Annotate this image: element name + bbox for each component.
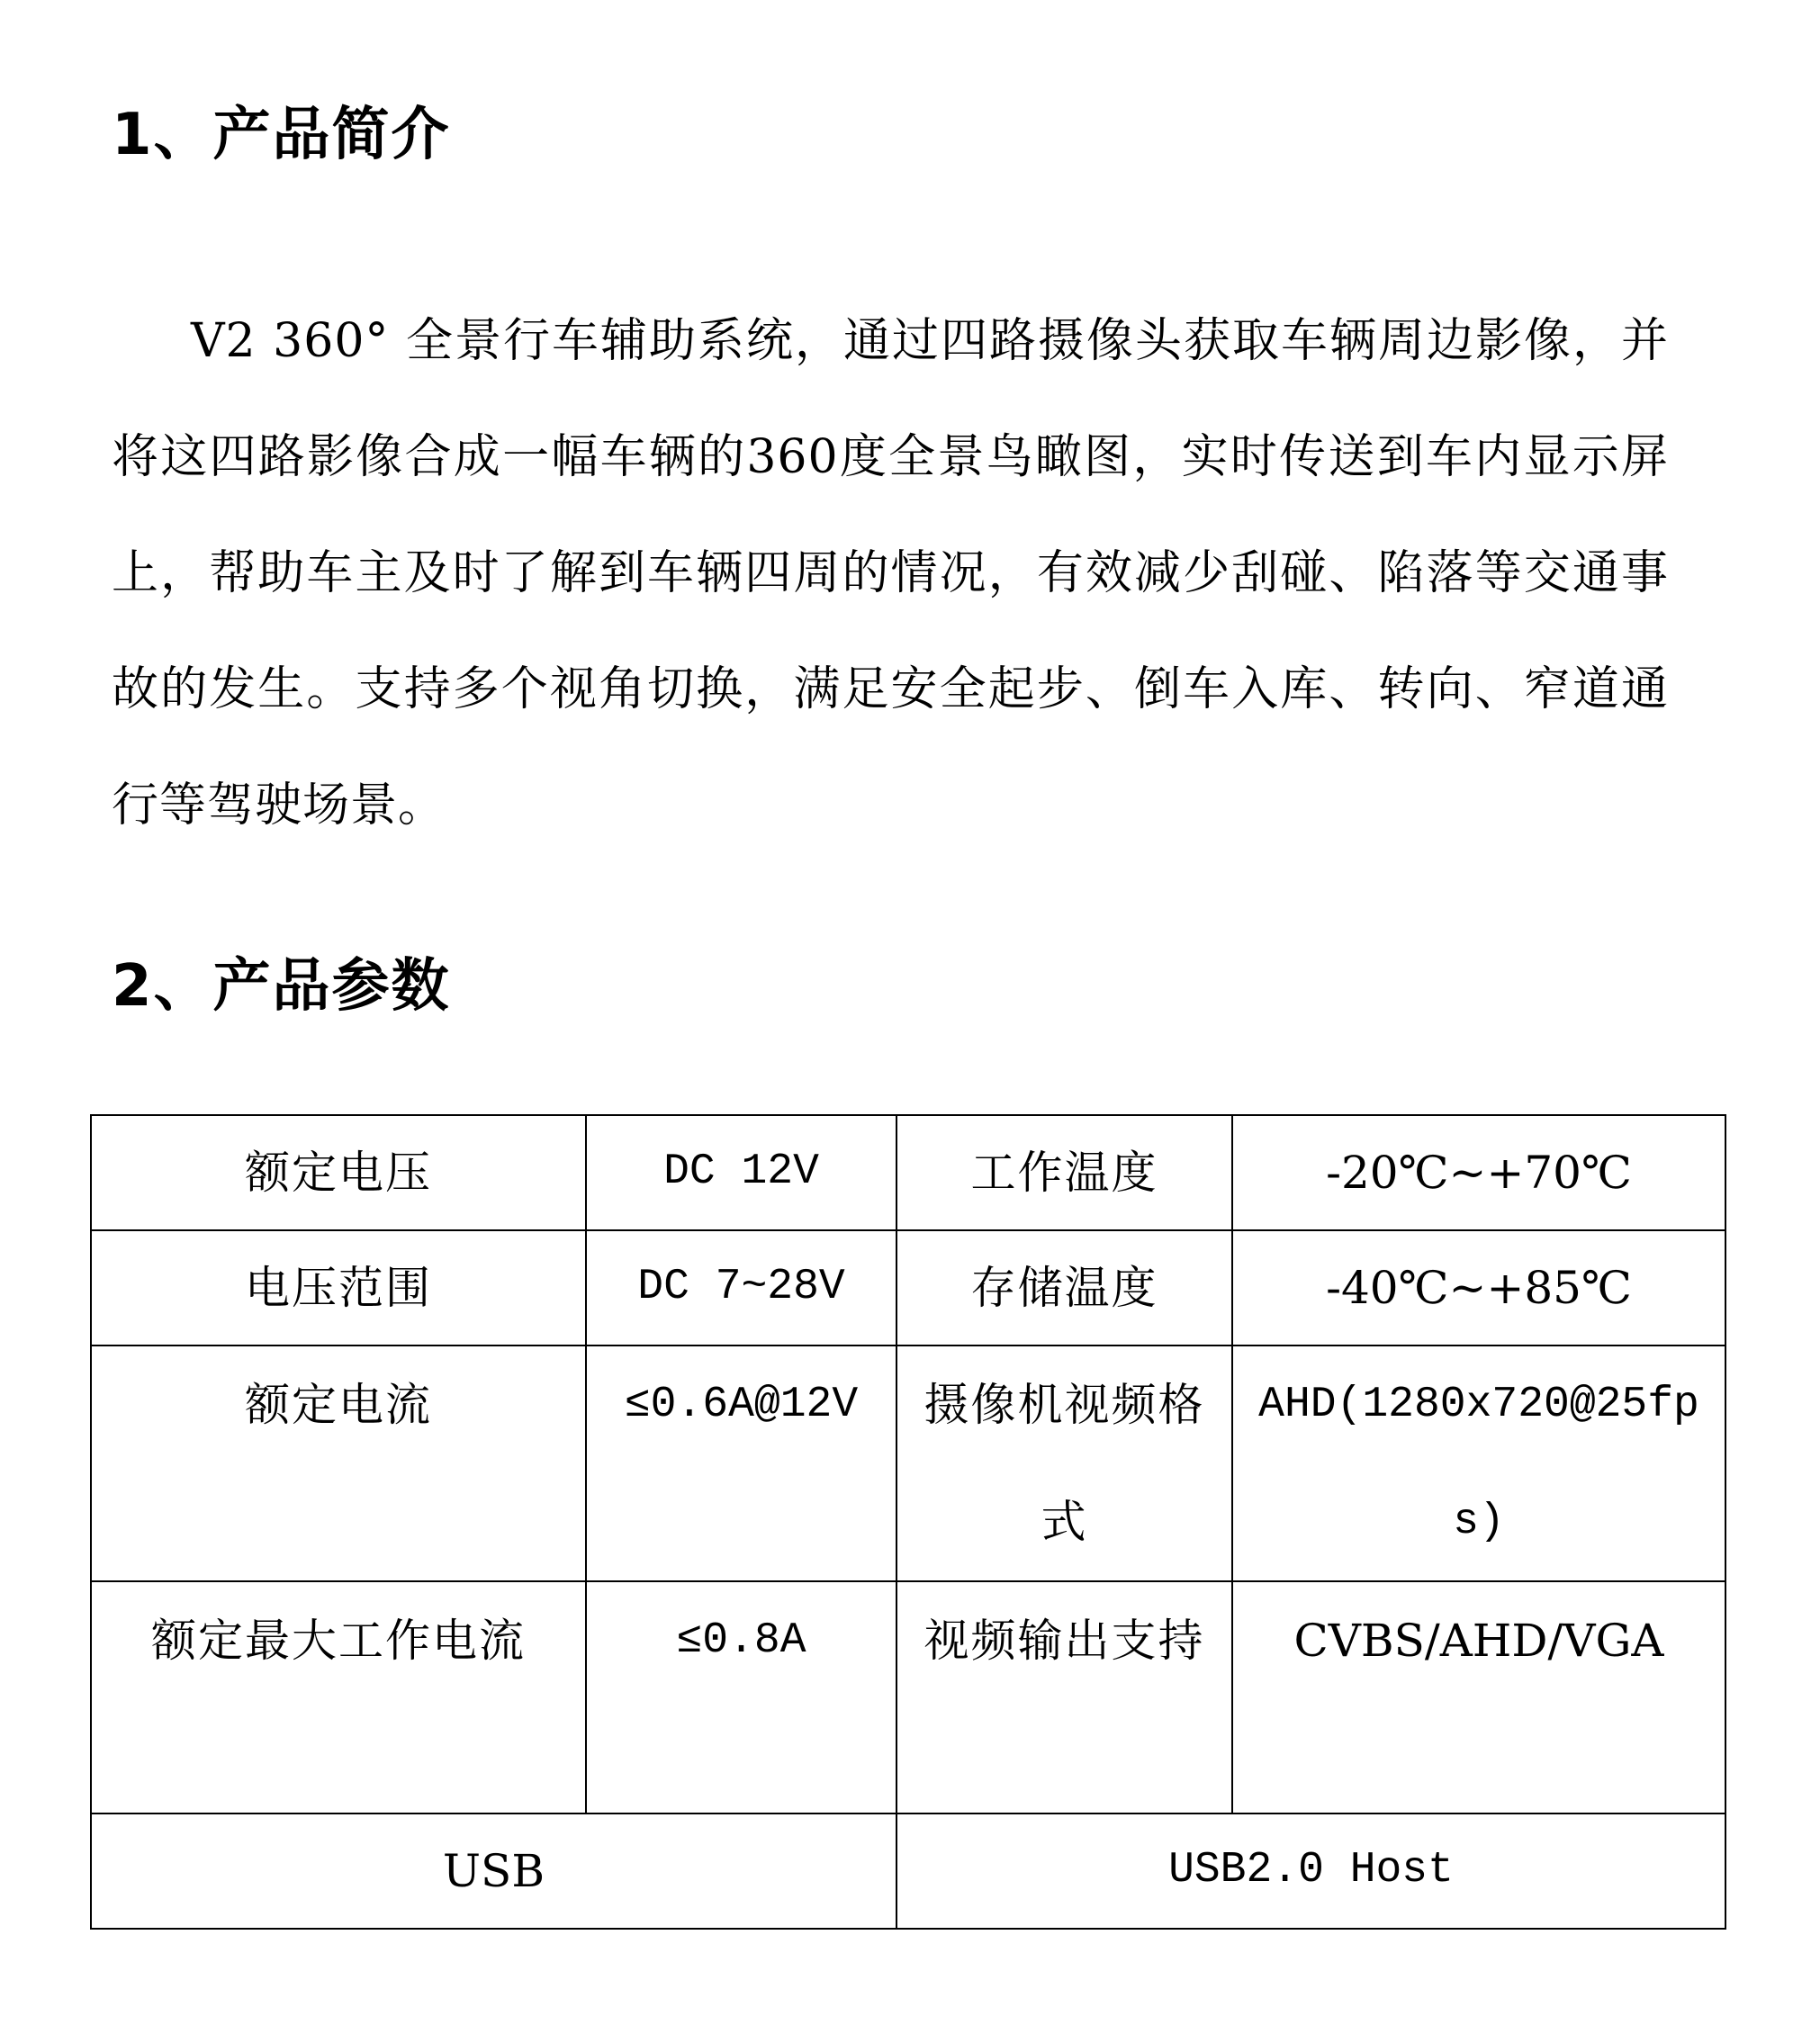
table-row: 额定电压 DC 12V 工作温度 -20℃~+70℃ (91, 1115, 1725, 1230)
intro-text: V2 360° 全景行车辅助系统，通过四路摄像头获取车辆周边影像，并将这四路影像… (112, 314, 1669, 832)
param-label: 电压范围 (91, 1230, 586, 1345)
param-label: 额定最大工作电流 (91, 1581, 586, 1813)
param-value: ≤0.6A@12V (586, 1345, 896, 1581)
param-label: 存储温度 (896, 1230, 1232, 1345)
param-value: ≤0.8A (586, 1581, 896, 1813)
param-value: -40℃~+85℃ (1232, 1230, 1725, 1345)
param-label: 额定电压 (91, 1115, 586, 1230)
param-value: DC 7~28V (586, 1230, 896, 1345)
param-value: -20℃~+70℃ (1232, 1115, 1725, 1230)
param-value: DC 12V (586, 1115, 896, 1230)
intro-paragraph: V2 360° 全景行车辅助系统，通过四路摄像头获取车辆周边影像，并将这四路影像… (112, 283, 1669, 864)
param-label: 工作温度 (896, 1115, 1232, 1230)
section-heading-params: 2、产品参数 (112, 958, 451, 1015)
param-label: USB (91, 1813, 896, 1929)
table-row: USB USB2.0 Host (91, 1813, 1725, 1929)
param-label: 摄像机视频格式 (896, 1345, 1232, 1581)
param-value: USB2.0 Host (896, 1813, 1725, 1929)
param-label: 视频输出支持 (896, 1581, 1232, 1813)
table-row: 额定电流 ≤0.6A@12V 摄像机视频格式 AHD(1280x720@25fp… (91, 1345, 1725, 1581)
section-heading-intro: 1、产品简介 (112, 106, 451, 164)
param-value: CVBS/AHD/VGA (1232, 1581, 1725, 1813)
param-value: AHD(1280x720@25fps) (1232, 1345, 1725, 1581)
product-params-table: 额定电压 DC 12V 工作温度 -20℃~+70℃ 电压范围 DC 7~28V… (90, 1114, 1726, 1930)
table-row: 额定最大工作电流 ≤0.8A 视频输出支持 CVBS/AHD/VGA (91, 1581, 1725, 1813)
table-row: 电压范围 DC 7~28V 存储温度 -40℃~+85℃ (91, 1230, 1725, 1345)
param-label: 额定电流 (91, 1345, 586, 1581)
